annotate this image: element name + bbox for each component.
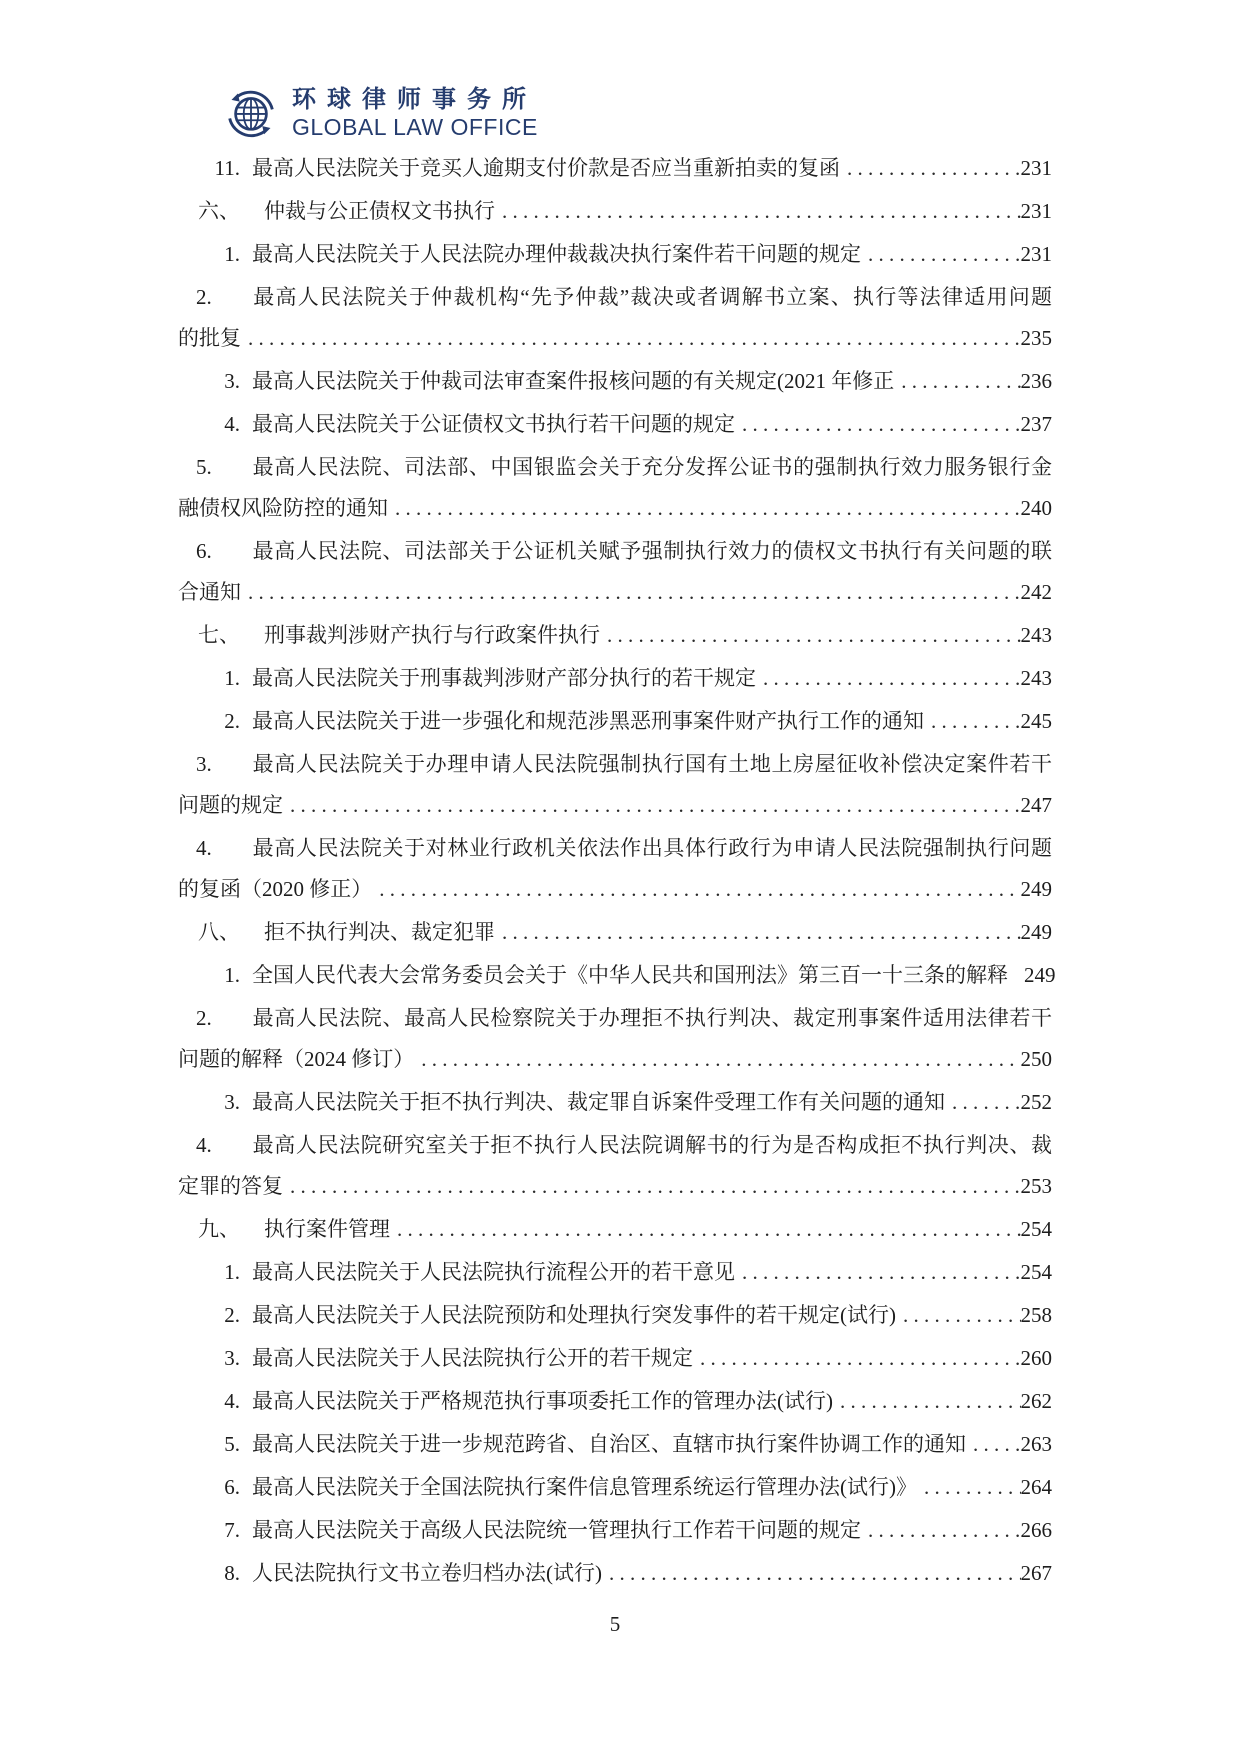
toc-entry-line: 八、拒不执行判决、裁定犯罪. . . . . . . . . . . . . .… <box>178 912 1052 953</box>
toc-entry-number: 11. <box>196 148 240 189</box>
toc-entry-line: 融债权风险防控的通知. . . . . . . . . . . . . . . … <box>178 488 1052 529</box>
toc-page-number: 236 <box>1021 361 1053 402</box>
leader-dots: . . . . . . . . . . . . . . . . . . . . … <box>735 1252 1021 1293</box>
leader-dots: . . . . . . . . . . . . . . . . . . . . … <box>917 1467 1021 1508</box>
toc-page-number: 262 <box>1021 1381 1053 1422</box>
toc-page-number: 242 <box>1021 572 1053 613</box>
toc-entry-line: 合通知. . . . . . . . . . . . . . . . . . .… <box>178 572 1052 613</box>
toc-entry-line: 4.最高人民法院研究室关于拒不执行人民法院调解书的行为是否构成拒不执行判决、裁 <box>178 1125 1052 1166</box>
toc-entry-title: 最高人民法院关于仲裁机构“先予仲裁”裁决或者调解书立案、执行等法律适用问题 <box>252 285 1052 309</box>
toc-item-entry[interactable]: 7.最高人民法院关于高级人民法院统一管理执行工作若干问题的规定. . . . .… <box>178 1510 1052 1551</box>
toc-item-entry[interactable]: 6.最高人民法院、司法部关于公证机关赋予强制执行效力的债权文书执行有关问题的联合… <box>178 531 1052 613</box>
toc-entry-line: 六、仲裁与公正债权文书执行. . . . . . . . . . . . . .… <box>178 191 1052 232</box>
toc-entry-line: 九、执行案件管理. . . . . . . . . . . . . . . . … <box>178 1209 1052 1250</box>
toc-item-entry[interactable]: 4.最高人民法院研究室关于拒不执行人民法院调解书的行为是否构成拒不执行判决、裁定… <box>178 1125 1052 1207</box>
toc-item-entry[interactable]: 2.最高人民法院关于进一步强化和规范涉黑恶刑事案件财产执行工作的通知. . . … <box>178 701 1052 742</box>
leader-dots: . . . . . . . . . . . . . . . . . . . . … <box>495 191 1021 232</box>
toc-item-entry[interactable]: 4.最高人民法院关于公证债权文书执行若干问题的规定. . . . . . . .… <box>178 404 1052 445</box>
leader-dots: . . . . . . . . . . . . . . . . . . . . … <box>283 1166 1021 1207</box>
toc-entry-number: 2. <box>196 998 240 1039</box>
toc-entry-line: 2.最高人民法院关于人民法院预防和处理执行突发事件的若干规定(试行). . . … <box>178 1295 1052 1336</box>
toc-entry-number: 七、 <box>196 615 240 656</box>
toc-entry-title: 最高人民法院关于办理申请人民法院强制执行国有土地上房屋征收补偿决定案件若干 <box>252 752 1052 776</box>
toc-entry-title: 全国人民代表大会常务委员会关于《中华人民共和国刑法》第三百一十三条的解释 <box>252 955 1008 996</box>
leader-dots: . . . . . . . . . . . . . . . . . . . . … <box>861 1510 1021 1551</box>
toc-page-number: 245 <box>1021 701 1053 742</box>
toc-page-number: 266 <box>1021 1510 1053 1551</box>
toc-entry-title: 人民法院执行文书立卷归档办法(试行) <box>252 1553 602 1594</box>
toc-entry-line: 问题的规定. . . . . . . . . . . . . . . . . .… <box>178 785 1052 826</box>
toc-entry-title: 最高人民法院关于竞买人逾期支付价款是否应当重新拍卖的复函 <box>252 148 840 189</box>
leader-dots: . . . . . . . . . . . . . . . . . . . . … <box>945 1082 1021 1123</box>
toc-entry-title: 最高人民法院关于高级人民法院统一管理执行工作若干问题的规定 <box>252 1510 861 1551</box>
toc-entry-line: 1.最高人民法院关于人民法院办理仲裁裁决执行案件若干问题的规定. . . . .… <box>178 234 1052 275</box>
toc-entry-title: 最高人民法院关于拒不执行判决、裁定罪自诉案件受理工作有关问题的通知 <box>252 1082 945 1123</box>
toc-page-number: 249 <box>1024 955 1056 996</box>
toc-entry-title: 最高人民法院关于人民法院执行流程公开的若干意见 <box>252 1252 735 1293</box>
toc-entry-number: 3. <box>196 744 240 785</box>
toc-entry-line: 的复函（2020 修正）. . . . . . . . . . . . . . … <box>178 869 1052 910</box>
toc-entry-title: 合通知 <box>178 572 241 613</box>
page-footer: 5 <box>178 1612 1052 1637</box>
toc-item-entry[interactable]: 1.最高人民法院关于刑事裁判涉财产部分执行的若干规定. . . . . . . … <box>178 658 1052 699</box>
leader-dots: . . . . . . . . . . . . . . . . . . . . … <box>241 318 1021 359</box>
toc-entry-title: 最高人民法院关于对林业行政机关依法作出具体行政行为申请人民法院强制执行问题 <box>252 836 1052 860</box>
toc-entry-title: 最高人民法院关于进一步规范跨省、自治区、直辖市执行案件协调工作的通知 <box>252 1424 966 1465</box>
toc-page-number: 254 <box>1021 1209 1053 1250</box>
leader-dots: . . . . . . . . . . . . . . . . . . . . … <box>372 869 1020 910</box>
toc-entry-number: 7. <box>196 1510 240 1551</box>
leader-dots: . . . . . . . . . . . . . . . . . . . . … <box>756 658 1021 699</box>
toc-page-number: 260 <box>1021 1338 1053 1379</box>
toc-entry-title: 仲裁与公正债权文书执行 <box>264 191 495 232</box>
leader-dots: . . . . . . . . . . . . . . . . . . . . … <box>924 701 1021 742</box>
toc-entry-number: 3. <box>196 1338 240 1379</box>
leader-dots: . . . . . . . . . . . . . . . . . . . . … <box>495 912 1021 953</box>
toc-entry-line: 4.最高人民法院关于严格规范执行事项委托工作的管理办法(试行). . . . .… <box>178 1381 1052 1422</box>
footer-page-number: 5 <box>610 1612 621 1636</box>
toc-entry-title: 最高人民法院关于人民法院办理仲裁裁决执行案件若干问题的规定 <box>252 234 861 275</box>
toc-page-number: 254 <box>1021 1252 1053 1293</box>
toc-page-number: 263 <box>1021 1424 1053 1465</box>
toc-entry-line: 7.最高人民法院关于高级人民法院统一管理执行工作若干问题的规定. . . . .… <box>178 1510 1052 1551</box>
toc-item-entry[interactable]: 5.最高人民法院关于进一步规范跨省、自治区、直辖市执行案件协调工作的通知. . … <box>178 1424 1052 1465</box>
toc-page-number: 235 <box>1021 318 1053 359</box>
toc-entry-line: 11.最高人民法院关于竞买人逾期支付价款是否应当重新拍卖的复函. . . . .… <box>178 148 1052 189</box>
toc-entry-line: 2.最高人民法院关于仲裁机构“先予仲裁”裁决或者调解书立案、执行等法律适用问题 <box>178 277 1052 318</box>
toc-page-number: 231 <box>1021 148 1053 189</box>
toc-entry-number: 4. <box>196 1125 240 1166</box>
leader-dots: . . . . . . . . . . . . . . . . . . . . … <box>414 1039 1020 1080</box>
document-page: 环球律师事务所 GLOBAL LAW OFFICE 11.最高人民法院关于竞买人… <box>0 0 1240 1754</box>
toc-entry-title: 最高人民法院关于进一步强化和规范涉黑恶刑事案件财产执行工作的通知 <box>252 701 924 742</box>
table-of-contents: 11.最高人民法院关于竞买人逾期支付价款是否应当重新拍卖的复函. . . . .… <box>178 148 1052 1596</box>
toc-entry-number: 2. <box>196 1295 240 1336</box>
toc-page-number: 243 <box>1021 658 1053 699</box>
leader-dots: . . . . . . . . . . . . . . . . . . . . … <box>735 404 1021 445</box>
toc-entry-number: 2. <box>196 277 240 318</box>
toc-entry-number: 六、 <box>196 191 240 232</box>
toc-entry-line: 4.最高人民法院关于公证债权文书执行若干问题的规定. . . . . . . .… <box>178 404 1052 445</box>
logo-text: 环球律师事务所 GLOBAL LAW OFFICE <box>292 86 538 140</box>
toc-page-number: 249 <box>1021 912 1053 953</box>
toc-item-entry[interactable]: 2.最高人民法院关于人民法院预防和处理执行突发事件的若干规定(试行). . . … <box>178 1295 1052 1336</box>
toc-page-number: 267 <box>1021 1553 1053 1594</box>
toc-page-number: 231 <box>1021 234 1053 275</box>
toc-entry-title: 最高人民法院、最高人民检察院关于办理拒不执行判决、裁定刑事案件适用法律若干 <box>252 1006 1052 1030</box>
leader-dots: . . . . . . . . . . . . . . . . . . . . … <box>602 1553 1021 1594</box>
toc-page-number: 253 <box>1021 1166 1053 1207</box>
toc-entry-line: 5.最高人民法院关于进一步规范跨省、自治区、直辖市执行案件协调工作的通知. . … <box>178 1424 1052 1465</box>
toc-entry-number: 3. <box>196 361 240 402</box>
toc-entry-title: 刑事裁判涉财产执行与行政案件执行 <box>264 615 600 656</box>
toc-entry-line: 6.最高人民法院关于全国法院执行案件信息管理系统运行管理办法(试行)》. . .… <box>178 1467 1052 1508</box>
toc-page-number: 252 <box>1021 1082 1053 1123</box>
toc-entry-title: 问题的规定 <box>178 785 283 826</box>
toc-page-number: 240 <box>1021 488 1053 529</box>
toc-entry-number: 8. <box>196 1553 240 1594</box>
toc-entry-number: 4. <box>196 828 240 869</box>
leader-dots: . . . . . . . . . . . . . . . . . . . . … <box>390 1209 1021 1250</box>
toc-entry-title: 最高人民法院、司法部关于公证机关赋予强制执行效力的债权文书执行有关问题的联 <box>252 539 1052 563</box>
leader-dots: . . . . . . . . . . . . . . . . . . . . … <box>241 572 1021 613</box>
toc-entry-line: 3.最高人民法院关于办理申请人民法院强制执行国有土地上房屋征收补偿决定案件若干 <box>178 744 1052 785</box>
toc-section-entry[interactable]: 七、刑事裁判涉财产执行与行政案件执行. . . . . . . . . . . … <box>178 615 1052 656</box>
globe-logo-icon <box>222 84 280 142</box>
toc-item-entry[interactable]: 1.全国人民代表大会常务委员会关于《中华人民共和国刑法》第三百一十三条的解释24… <box>178 955 1052 996</box>
toc-entry-number: 1. <box>196 234 240 275</box>
toc-entry-line: 1.全国人民代表大会常务委员会关于《中华人民共和国刑法》第三百一十三条的解释24… <box>178 955 1052 996</box>
toc-entry-title: 定罪的答复 <box>178 1166 283 1207</box>
toc-entry-title: 最高人民法院关于严格规范执行事项委托工作的管理办法(试行) <box>252 1381 833 1422</box>
toc-entry-number: 5. <box>196 1424 240 1465</box>
toc-entry-line: 问题的解释（2024 修订）. . . . . . . . . . . . . … <box>178 1039 1052 1080</box>
toc-section-entry[interactable]: 八、拒不执行判决、裁定犯罪. . . . . . . . . . . . . .… <box>178 912 1052 953</box>
toc-entry-title: 最高人民法院关于人民法院执行公开的若干规定 <box>252 1338 693 1379</box>
toc-entry-title: 最高人民法院研究室关于拒不执行人民法院调解书的行为是否构成拒不执行判决、裁 <box>252 1133 1052 1157</box>
toc-item-entry[interactable]: 4.最高人民法院关于对林业行政机关依法作出具体行政行为申请人民法院强制执行问题的… <box>178 828 1052 910</box>
toc-entry-number: 6. <box>196 1467 240 1508</box>
toc-entry-line: 8.人民法院执行文书立卷归档办法(试行). . . . . . . . . . … <box>178 1553 1052 1594</box>
toc-entry-title: 最高人民法院关于刑事裁判涉财产部分执行的若干规定 <box>252 658 756 699</box>
toc-item-entry[interactable]: 5.最高人民法院、司法部、中国银监会关于充分发挥公证书的强制执行效力服务银行金融… <box>178 447 1052 529</box>
toc-entry-number: 3. <box>196 1082 240 1123</box>
leader-dots: . . . . . . . . . . . . . . . . . . . . … <box>966 1424 1021 1465</box>
toc-entry-number: 1. <box>196 1252 240 1293</box>
toc-item-entry[interactable]: 6.最高人民法院关于全国法院执行案件信息管理系统运行管理办法(试行)》. . .… <box>178 1467 1052 1508</box>
toc-entry-line: 七、刑事裁判涉财产执行与行政案件执行. . . . . . . . . . . … <box>178 615 1052 656</box>
toc-entry-line: 3.最高人民法院关于人民法院执行公开的若干规定. . . . . . . . .… <box>178 1338 1052 1379</box>
toc-entry-line: 定罪的答复. . . . . . . . . . . . . . . . . .… <box>178 1166 1052 1207</box>
toc-entry-number: 4. <box>196 404 240 445</box>
toc-item-entry[interactable]: 1.最高人民法院关于人民法院执行流程公开的若干意见. . . . . . . .… <box>178 1252 1052 1293</box>
toc-entry-line: 3.最高人民法院关于拒不执行判决、裁定罪自诉案件受理工作有关问题的通知. . .… <box>178 1082 1052 1123</box>
leader-dots: . . . . . . . . . . . . . . . . . . . . … <box>896 1295 1021 1336</box>
toc-entry-line: 1.最高人民法院关于刑事裁判涉财产部分执行的若干规定. . . . . . . … <box>178 658 1052 699</box>
toc-entry-title: 的复函（2020 修正） <box>178 869 372 910</box>
toc-entry-title: 最高人民法院、司法部、中国银监会关于充分发挥公证书的强制执行效力服务银行金 <box>252 455 1052 479</box>
toc-entry-title: 的批复 <box>178 318 241 359</box>
leader-dots: . . . . . . . . . . . . . . . . . . . . … <box>600 615 1021 656</box>
toc-entry-line: 6.最高人民法院、司法部关于公证机关赋予强制执行效力的债权文书执行有关问题的联 <box>178 531 1052 572</box>
toc-entry-number: 九、 <box>196 1209 240 1250</box>
toc-item-entry[interactable]: 3.最高人民法院关于仲裁司法审查案件报核问题的有关规定(2021 年修正. . … <box>178 361 1052 402</box>
toc-page-number: 249 <box>1021 869 1053 910</box>
toc-item-entry[interactable]: 3.最高人民法院关于办理申请人民法院强制执行国有土地上房屋征收补偿决定案件若干问… <box>178 744 1052 826</box>
toc-entry-line: 4.最高人民法院关于对林业行政机关依法作出具体行政行为申请人民法院强制执行问题 <box>178 828 1052 869</box>
toc-entry-number: 2. <box>196 701 240 742</box>
toc-page-number: 250 <box>1021 1039 1053 1080</box>
toc-entry-line: 1.最高人民法院关于人民法院执行流程公开的若干意见. . . . . . . .… <box>178 1252 1052 1293</box>
leader-dots: . . . . . . . . . . . . . . . . . . . . … <box>894 361 1020 402</box>
letterhead: 环球律师事务所 GLOBAL LAW OFFICE <box>222 84 538 142</box>
toc-entry-number: 1. <box>196 955 240 996</box>
leader-dots: . . . . . . . . . . . . . . . . . . . . … <box>693 1338 1021 1379</box>
toc-entry-number: 6. <box>196 531 240 572</box>
toc-item-entry[interactable]: 3.最高人民法院关于拒不执行判决、裁定罪自诉案件受理工作有关问题的通知. . .… <box>178 1082 1052 1123</box>
toc-item-entry[interactable]: 2.最高人民法院、最高人民检察院关于办理拒不执行判决、裁定刑事案件适用法律若干问… <box>178 998 1052 1080</box>
toc-item-entry[interactable]: 8.人民法院执行文书立卷归档办法(试行). . . . . . . . . . … <box>178 1553 1052 1594</box>
leader-dots: . . . . . . . . . . . . . . . . . . . . … <box>840 148 1021 189</box>
toc-section-entry[interactable]: 九、执行案件管理. . . . . . . . . . . . . . . . … <box>178 1209 1052 1250</box>
toc-entry-line: 2.最高人民法院、最高人民检察院关于办理拒不执行判决、裁定刑事案件适用法律若干 <box>178 998 1052 1039</box>
toc-page-number: 243 <box>1021 615 1053 656</box>
leader-dots: . . . . . . . . . . . . . . . . . . . . … <box>388 488 1021 529</box>
toc-item-entry[interactable]: 1.最高人民法院关于人民法院办理仲裁裁决执行案件若干问题的规定. . . . .… <box>178 234 1052 275</box>
toc-section-entry[interactable]: 六、仲裁与公正债权文书执行. . . . . . . . . . . . . .… <box>178 191 1052 232</box>
toc-page-number: 247 <box>1021 785 1053 826</box>
toc-entry-line: 5.最高人民法院、司法部、中国银监会关于充分发挥公证书的强制执行效力服务银行金 <box>178 447 1052 488</box>
leader-dots: . . . . . . . . . . . . . . . . . . . . … <box>283 785 1021 826</box>
toc-page-number: 264 <box>1021 1467 1053 1508</box>
toc-entry-title: 最高人民法院关于人民法院预防和处理执行突发事件的若干规定(试行) <box>252 1295 896 1336</box>
toc-entry-number: 4. <box>196 1381 240 1422</box>
toc-entry-title: 问题的解释（2024 修订） <box>178 1039 414 1080</box>
toc-item-entry[interactable]: 11.最高人民法院关于竞买人逾期支付价款是否应当重新拍卖的复函. . . . .… <box>178 148 1052 189</box>
toc-entry-title: 最高人民法院关于公证债权文书执行若干问题的规定 <box>252 404 735 445</box>
logo-chinese-name: 环球律师事务所 <box>292 86 538 114</box>
toc-page-number: 258 <box>1021 1295 1053 1336</box>
leader-dots: . . . . . . . . . . . . . . . . . . . . … <box>861 234 1021 275</box>
toc-item-entry[interactable]: 2.最高人民法院关于仲裁机构“先予仲裁”裁决或者调解书立案、执行等法律适用问题的… <box>178 277 1052 359</box>
toc-entry-number: 八、 <box>196 912 240 953</box>
toc-item-entry[interactable]: 4.最高人民法院关于严格规范执行事项委托工作的管理办法(试行). . . . .… <box>178 1381 1052 1422</box>
toc-entry-number: 5. <box>196 447 240 488</box>
toc-entry-title: 最高人民法院关于全国法院执行案件信息管理系统运行管理办法(试行)》 <box>252 1467 917 1508</box>
toc-entry-line: 3.最高人民法院关于仲裁司法审查案件报核问题的有关规定(2021 年修正. . … <box>178 361 1052 402</box>
toc-entry-title: 融债权风险防控的通知 <box>178 488 388 529</box>
toc-entry-title: 拒不执行判决、裁定犯罪 <box>264 912 495 953</box>
toc-page-number: 231 <box>1021 191 1053 232</box>
leader-dots: . . . . . . . . . . . . . . . . . . . . … <box>833 1381 1021 1422</box>
toc-entry-title: 执行案件管理 <box>264 1209 390 1250</box>
toc-item-entry[interactable]: 3.最高人民法院关于人民法院执行公开的若干规定. . . . . . . . .… <box>178 1338 1052 1379</box>
toc-entry-line: 的批复. . . . . . . . . . . . . . . . . . .… <box>178 318 1052 359</box>
toc-entry-line: 2.最高人民法院关于进一步强化和规范涉黑恶刑事案件财产执行工作的通知. . . … <box>178 701 1052 742</box>
toc-entry-number: 1. <box>196 658 240 699</box>
toc-page-number: 237 <box>1021 404 1053 445</box>
toc-entry-title: 最高人民法院关于仲裁司法审查案件报核问题的有关规定(2021 年修正 <box>252 361 894 402</box>
logo-english-name: GLOBAL LAW OFFICE <box>292 114 538 140</box>
